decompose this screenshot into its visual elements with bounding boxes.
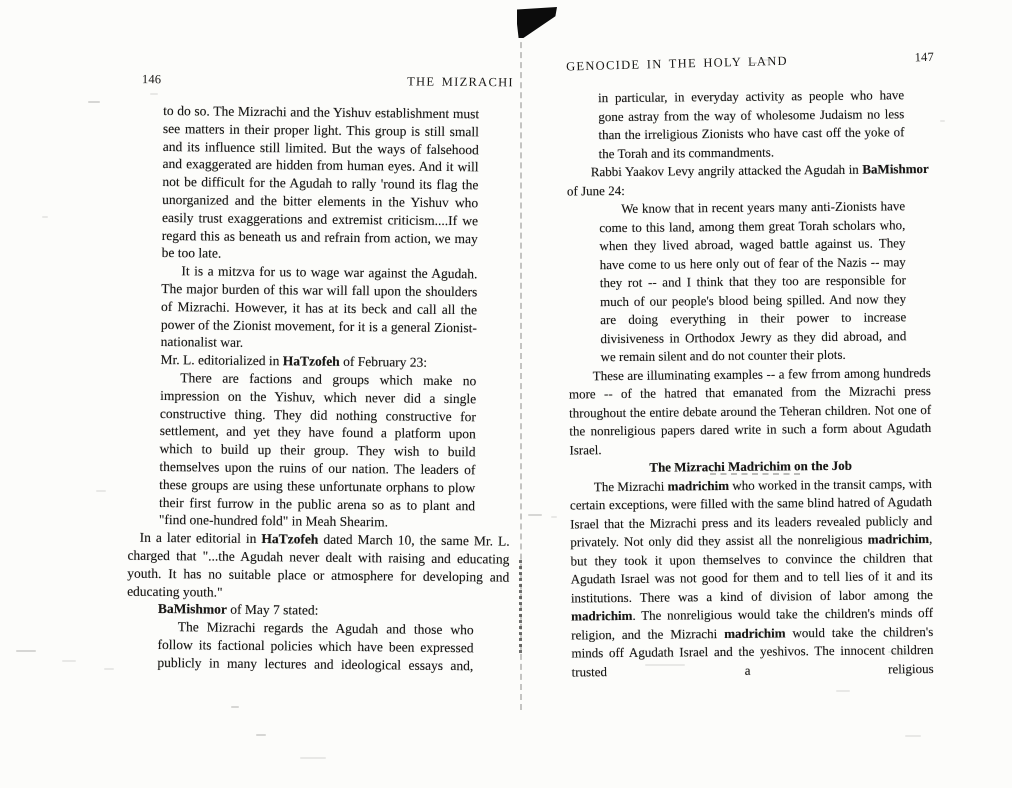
- scan-artifact: [300, 757, 326, 759]
- block-quote: It is a mitzva for us to wage war agains…: [161, 262, 478, 354]
- scan-artifact: [96, 490, 106, 492]
- scan-artifact: [62, 660, 76, 662]
- text-run: in particular, in everyday activity as p…: [598, 87, 904, 160]
- bold-term: BaMishmor: [158, 601, 227, 617]
- scan-artifact: [16, 650, 36, 652]
- text-run: of February 23:: [340, 354, 428, 370]
- right-running-header: GENOCIDE IN THE HOLY LAND: [566, 54, 788, 75]
- block-quote: in particular, in everyday activity as p…: [598, 86, 905, 163]
- left-page-header: 146 THE MIZRACHI: [132, 72, 514, 90]
- right-page-body: in particular, in everyday activity as p…: [566, 86, 934, 681]
- text-run: of May 7 stated:: [227, 602, 319, 618]
- text-run: The Mizrachi regards the Agudah and thos…: [157, 619, 474, 673]
- paragraph: The Mizrachi madrichim who worked in the…: [570, 474, 934, 681]
- bold-term: madrichim: [868, 531, 930, 547]
- bold-term: HaTzofeh: [283, 353, 340, 369]
- bold-term: madrichim: [571, 608, 633, 624]
- scan-artifact: [905, 735, 921, 737]
- bold-term: madrichim: [724, 625, 786, 641]
- scan-artifact: [710, 473, 800, 475]
- scan-artifact: [551, 516, 557, 518]
- right-page-header: GENOCIDE IN THE HOLY LAND 147: [566, 50, 928, 74]
- scan-artifact: [645, 664, 685, 666]
- bold-term: madrichim: [668, 477, 730, 493]
- paragraph: In a later editorial in HaTzofeh dated M…: [127, 529, 510, 604]
- text-run: to do so. The Mizrachi and the Yishuv es…: [162, 103, 480, 261]
- book-scan: 146 THE MIZRACHI to do so. The Mizrachi …: [0, 0, 1012, 788]
- right-page-number: 147: [914, 50, 934, 66]
- scan-artifact: [42, 216, 48, 218]
- left-page-number: 146: [142, 72, 161, 87]
- text-run: We know that in recent years many anti-Z…: [599, 198, 906, 364]
- scan-artifact: [150, 93, 158, 95]
- paragraph: These are illuminating examples -- a few…: [569, 363, 932, 459]
- scan-artifact: [940, 120, 945, 122]
- scan-artifact: [836, 690, 850, 692]
- block-quote: The Mizrachi regards the Agudah and thos…: [157, 618, 474, 675]
- scan-artifact: [88, 101, 100, 103]
- text-run: The Mizrachi: [594, 478, 668, 494]
- text-run: In a later editorial in: [140, 530, 262, 546]
- text-run: There are factions and groups which make…: [159, 370, 477, 530]
- page-fold-dark-segment: [519, 560, 522, 655]
- block-quote: There are factions and groups which make…: [159, 369, 477, 532]
- scan-artifact: [104, 668, 114, 670]
- scan-mark: [517, 7, 557, 38]
- paragraph: Rabbi Yaakov Levy angrily attacked the A…: [567, 160, 929, 200]
- text-run: Rabbi Yaakov Levy angrily attacked the A…: [591, 162, 863, 180]
- left-page-body: to do so. The Mizrachi and the Yishuv es…: [126, 102, 514, 675]
- bold-term: BaMishmor: [862, 161, 929, 177]
- scan-artifact: [762, 59, 771, 61]
- left-running-header: THE MIZRACHI: [407, 74, 514, 90]
- left-page: 146 THE MIZRACHI to do so. The Mizrachi …: [127, 72, 514, 675]
- block-quote: to do so. The Mizrachi and the Yishuv es…: [162, 102, 480, 265]
- text-run: of June 24:: [567, 182, 625, 198]
- scan-artifact: [231, 706, 239, 708]
- scan-artifact: [528, 514, 542, 516]
- bold-term: HaTzofeh: [261, 531, 318, 547]
- text-run: It is a mitzva for us to wage war agains…: [161, 263, 478, 350]
- scan-artifact: [749, 62, 757, 64]
- text-run: These are illuminating examples -- a few…: [569, 364, 931, 456]
- scan-artifact: [888, 651, 910, 653]
- scan-artifact: [256, 734, 266, 736]
- text-run: Mr. L. editorialized in: [160, 352, 282, 368]
- right-page: GENOCIDE IN THE HOLY LAND 147 in particu…: [566, 50, 928, 678]
- block-quote: We know that in recent years many anti-Z…: [599, 197, 907, 366]
